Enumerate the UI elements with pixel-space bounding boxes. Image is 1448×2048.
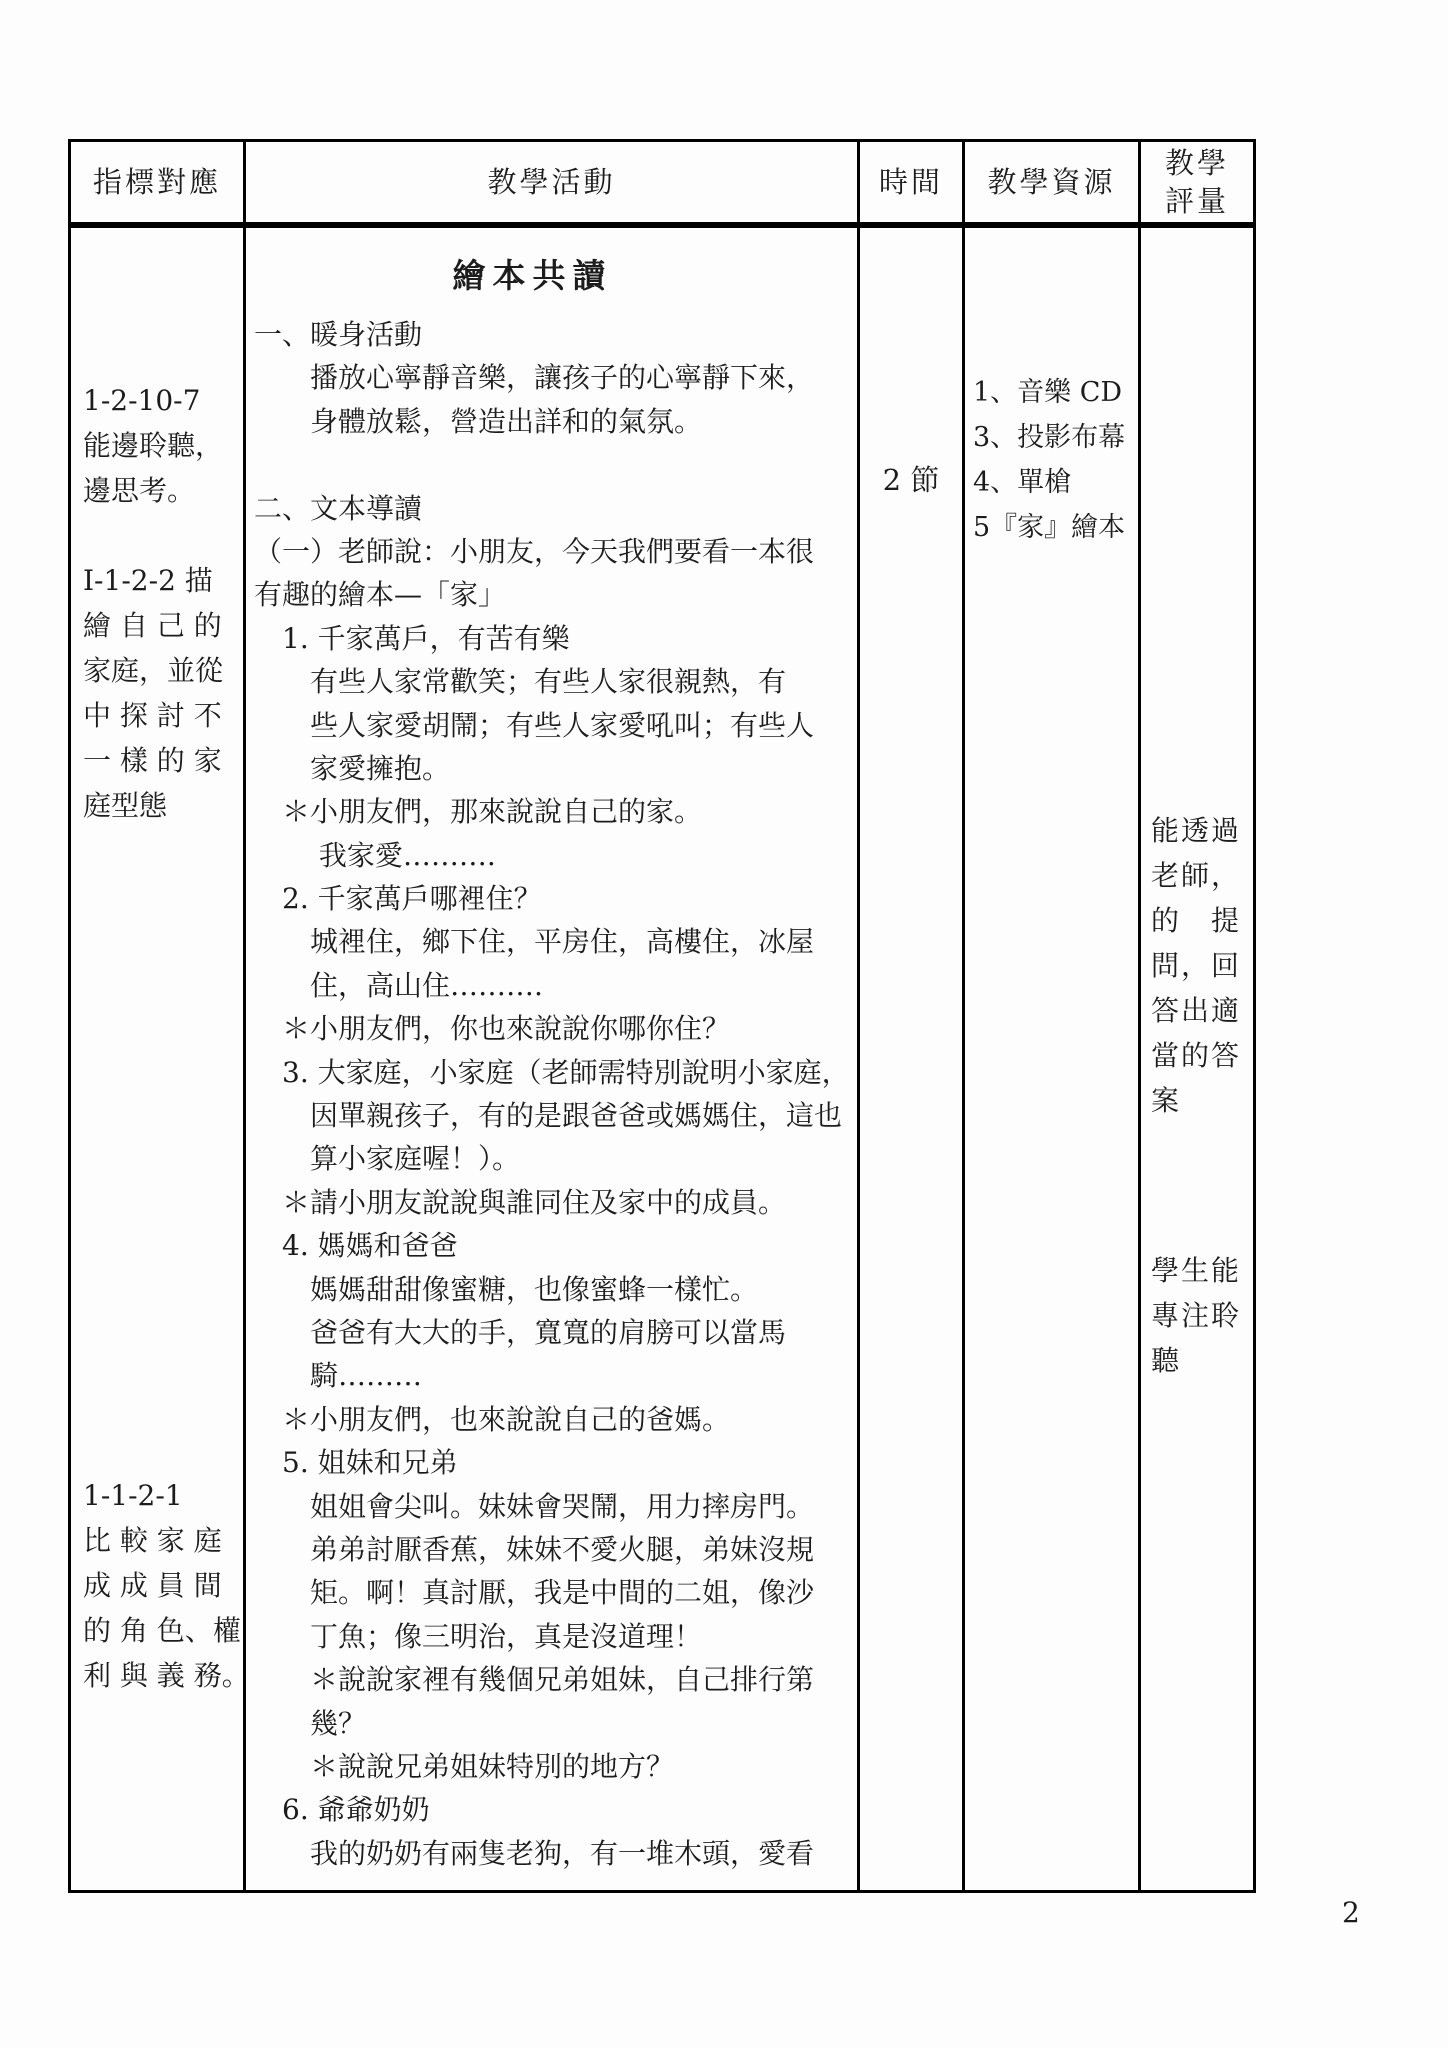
lesson-plan-table: 指標對應 教學活動 時間 教學資源 教學 評量 1-2-10-7能邊聆聽，邊思考…: [68, 139, 1256, 1893]
document-page: 指標對應 教學活動 時間 教學資源 教學 評量 1-2-10-7能邊聆聽，邊思考…: [0, 0, 1448, 2048]
resources-list: 1、音樂 CD3、投影布幕4、單槍5『家』繪本: [973, 370, 1136, 550]
activity-text: 一、暖身活動 播放心寧靜音樂，讓孩子的心寧靜下來， 身體放鬆，營造出詳和的氣氛。…: [254, 313, 851, 1875]
header-cell-evaluation: 教學 評量: [1141, 142, 1253, 222]
time-cell: 2 節: [860, 228, 965, 1890]
evaluation-cell: 能透過老師，的 提問，回答出適當的答案 學生能專注聆聽: [1141, 228, 1253, 1890]
table-header-row: 指標對應 教學活動 時間 教學資源 教學 評量: [71, 142, 1253, 228]
evaluation-block-2: 學生能專注聆聽: [1151, 1248, 1241, 1383]
header-cell-indicator: 指標對應: [71, 142, 246, 222]
table-body-row: 1-2-10-7能邊聆聽，邊思考。I-1-2-2 描繪 自 己 的家庭，並從中 …: [71, 228, 1253, 1890]
page-number: 2: [1342, 1896, 1360, 1929]
header-cell-resources: 教學資源: [965, 142, 1141, 222]
indicator-block-2: 1-1-2-1比 較 家 庭成 成 員 間的 角 色、權利 與 義 務。: [83, 1473, 246, 1698]
time-value: 2 節: [860, 458, 962, 499]
header-cell-time: 時間: [860, 142, 965, 222]
header-cell-activity: 教學活動: [246, 142, 860, 222]
indicator-block-1: 1-2-10-7能邊聆聽，邊思考。I-1-2-2 描繪 自 己 的家庭，並從中 …: [83, 378, 239, 828]
activity-title: 繪本共讀: [254, 250, 811, 297]
evaluation-block-1: 能透過老師，的 提問，回答出適當的答案: [1151, 808, 1241, 1123]
activity-cell: 繪本共讀 一、暖身活動 播放心寧靜音樂，讓孩子的心寧靜下來， 身體放鬆，營造出詳…: [246, 228, 860, 1890]
resources-cell: 1、音樂 CD3、投影布幕4、單槍5『家』繪本: [965, 228, 1141, 1890]
indicator-cell: 1-2-10-7能邊聆聽，邊思考。I-1-2-2 描繪 自 己 的家庭，並從中 …: [71, 228, 246, 1890]
